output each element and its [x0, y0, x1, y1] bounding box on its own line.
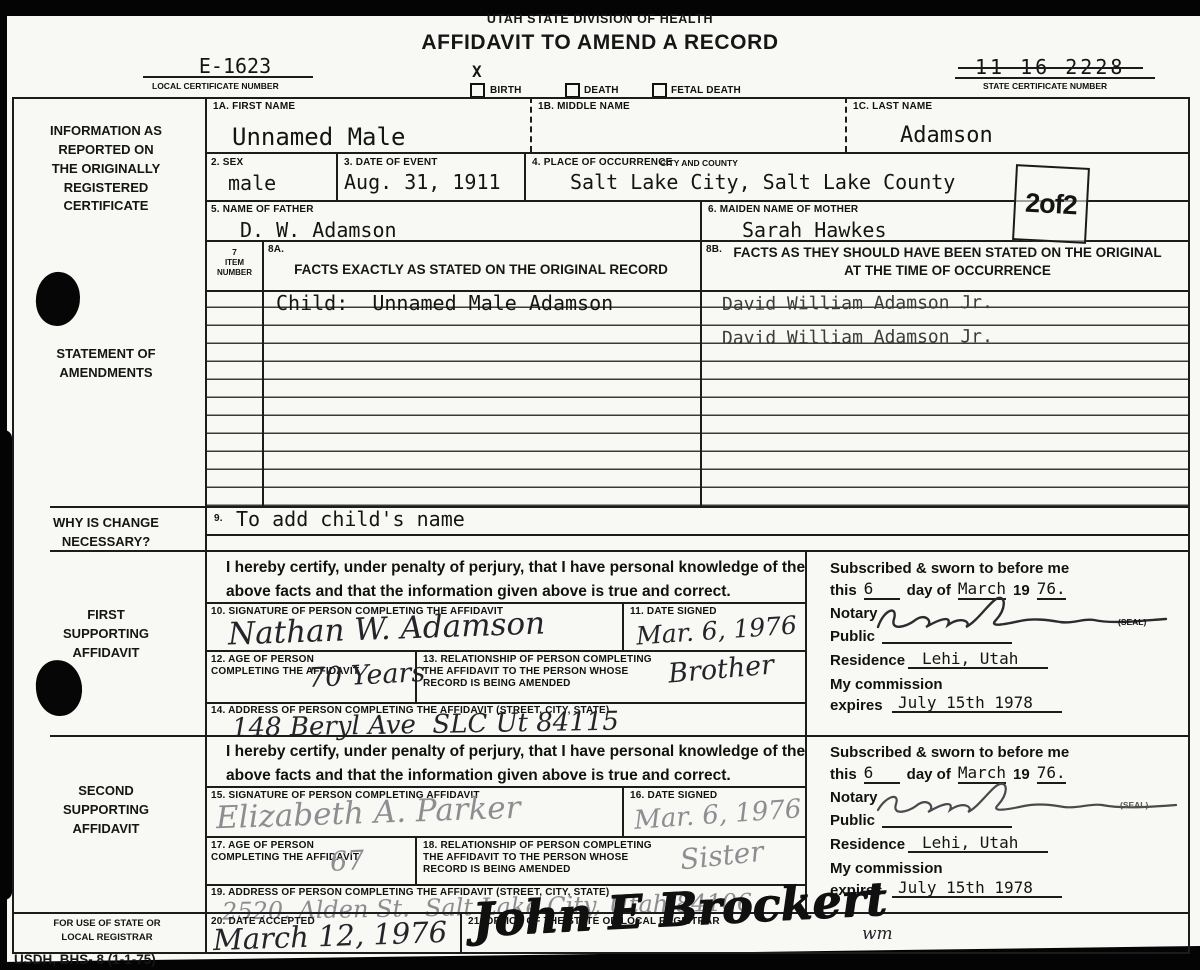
divider-20-21: [460, 912, 462, 952]
certification-text-2: I hereby certify, under penalty of perju…: [226, 740, 806, 788]
last-name-label: 1C. LAST NAME: [853, 101, 932, 113]
hole-punch-bottom: [33, 658, 85, 719]
aff2-certify-border: [205, 786, 805, 788]
divider-3-4: [524, 152, 526, 200]
facts-original-row1: Child: Unnamed Male Adamson: [276, 292, 613, 314]
death-checkbox-label: DEATH: [584, 85, 619, 97]
table-border-top: [12, 97, 1190, 99]
notary1-seal-label: (SEAL): [1118, 617, 1146, 627]
notary1-sworn-line: Subscribed & sworn to before me: [830, 560, 1069, 578]
aff1-notary-divider: [805, 550, 807, 735]
notary2-residence-underline: [908, 851, 1048, 853]
facts-corrected-row2: David William Adamson Jr.: [722, 327, 993, 349]
facts-corrected-header-line2: AT THE TIME OF OCCURRENCE: [715, 263, 1180, 279]
aff1-divider-12-13: [415, 650, 417, 702]
middle-name-label: 1B. MIDDLE NAME: [538, 101, 630, 113]
local-certificate-underline: [143, 76, 313, 78]
section-label-amendments: STATEMENT OF AMENDMENTS: [50, 345, 162, 383]
why-change-bottom-border: [50, 550, 1190, 552]
aff2-divider-15-16: [622, 786, 624, 836]
section-label-original-info: INFORMATION AS REPORTED ON THE ORIGINALL…: [45, 122, 167, 216]
facts-original-tag: 8A.: [268, 244, 284, 256]
local-certificate-number-value: E-1623: [160, 55, 310, 77]
last-name-value: Adamson: [900, 124, 993, 148]
aff1-sig-row-border: [205, 650, 805, 652]
notary1-residence-underline: [908, 667, 1048, 669]
fetal-death-checkbox-label: FETAL DEATH: [671, 85, 741, 97]
table-border-left: [12, 97, 14, 952]
facts-corrected-ruled-column: [702, 290, 1188, 506]
notary2-residence-label: Residence: [830, 836, 905, 854]
mother-name-label: 6. MAIDEN NAME OF MOTHER: [708, 204, 858, 216]
page-stamp: 2of2: [1012, 164, 1090, 244]
death-checkbox: [565, 83, 580, 98]
item-number-label: ITEM NUMBER: [207, 258, 262, 277]
notary2-expires-underline: [892, 896, 1062, 898]
aff1-age-row-border: [205, 702, 805, 704]
scan-edge-left-bulge: [0, 430, 12, 900]
father-name-label: 5. NAME OF FATHER: [211, 204, 314, 216]
first-name-value: Unnamed Male: [232, 124, 405, 150]
form-number: USDH, BHS- 8 (1-1-75): [14, 953, 156, 967]
aff2-sig-row-border: [205, 836, 805, 838]
notary2-residence-value: Lehi, Utah: [922, 834, 1018, 852]
state-certificate-underline: [955, 77, 1155, 79]
registrar-signature-initials: wm: [862, 926, 893, 943]
aff1-relationship-value: Brother: [667, 651, 775, 687]
birth-checkbox: [470, 83, 485, 98]
section-label-registrar-use: FOR USE OF STATE OR LOCAL REGISTRAR: [47, 917, 167, 946]
aff2-age-value: 67: [329, 847, 365, 876]
notary2-notary-label: Notary: [830, 789, 878, 807]
affidavit-document: UTAH STATE DIVISION OF HEALTH AFFIDAVIT …: [0, 0, 1200, 970]
notary2-this-label: this: [830, 766, 857, 784]
notary2-expires-value: July 15th 1978: [898, 879, 1033, 897]
aff2-relationship-label: 18. RELATIONSHIP OF PERSON COMPLETING TH…: [423, 840, 658, 876]
date-accepted-value: March 12, 1976: [213, 918, 448, 955]
aff1-divider-10-11: [622, 602, 624, 650]
notary2-public-underline: [882, 826, 1012, 828]
notary2-sworn-line: Subscribed & sworn to before me: [830, 744, 1069, 762]
notary1-commission-label: My commission: [830, 676, 943, 694]
state-certificate-number-label: STATE CERTIFICATE NUMBER: [983, 81, 1107, 91]
why-change-tag: 9.: [214, 513, 223, 525]
section-label-second-affidavit: SECOND SUPPORTING AFFIDAVIT: [45, 782, 167, 839]
sex-value: male: [228, 172, 276, 194]
facts-original-header: FACTS EXACTLY AS STATED ON THE ORIGINAL …: [262, 262, 700, 278]
aff1-relationship-label: 13. RELATIONSHIP OF PERSON COMPLETING TH…: [423, 654, 658, 690]
notary1-notary-label: Notary: [830, 605, 878, 623]
divider-5-6: [700, 200, 702, 242]
aff1-bottom-border: [50, 735, 1190, 737]
why-change-value: To add child's name: [236, 508, 465, 530]
page-title: AFFIDAVIT TO AMEND A RECORD: [0, 31, 1200, 54]
local-certificate-number-label: LOCAL CERTIFICATE NUMBER: [152, 81, 279, 91]
aff1-certify-border: [205, 602, 805, 604]
divider-1a-1b: [530, 97, 532, 152]
place-label: 4. PLACE OF OCCURRENCE: [532, 157, 673, 169]
table-border-right: [1188, 97, 1190, 952]
notary1-residence-label: Residence: [830, 652, 905, 670]
facts-original-ruled-column: [264, 290, 700, 506]
scan-edge-bottom: [0, 940, 1200, 970]
state-certificate-strikethrough: [958, 67, 1143, 69]
father-name-value: D. W. Adamson: [240, 219, 397, 241]
side-column-divider: [205, 97, 207, 952]
page-stamp-text: 2of2: [1025, 189, 1078, 219]
item-number-ruled-column: [207, 290, 262, 506]
notary2-seal-label: (SEAL): [1120, 800, 1148, 810]
aff2-divider-17-18: [415, 836, 417, 884]
aff2-signature-value: Elizabeth A. Parker: [216, 793, 521, 835]
notary2-public-label: Public: [830, 812, 875, 830]
divider-2-3: [336, 152, 338, 200]
aff1-age-value: 70 Years: [307, 659, 426, 692]
why-change-rule: [205, 534, 1188, 536]
facts-corrected-header-line1: FACTS AS THEY SHOULD HAVE BEEN STATED ON…: [715, 245, 1180, 261]
section-label-first-affidavit: FIRST SUPPORTING AFFIDAVIT: [51, 606, 161, 663]
notary1-public-label: Public: [830, 628, 875, 646]
agency-title: UTAH STATE DIVISION OF HEALTH: [0, 13, 1200, 26]
divider-1b-1c: [845, 97, 847, 152]
first-name-label: 1A. FIRST NAME: [213, 101, 295, 113]
aff1-signature-value: Nathan W. Adamson: [228, 608, 546, 650]
certification-text-1: I hereby certify, under penalty of perju…: [226, 556, 806, 604]
table-border-bottom: [12, 952, 1190, 954]
place-sublabel: CITY AND COUNTY: [660, 158, 738, 168]
birth-checkbox-label: BIRTH: [490, 85, 522, 97]
notary1-expires-label: expires: [830, 697, 883, 715]
notary1-residence-value: Lehi, Utah: [922, 650, 1018, 668]
date-of-event-value: Aug. 31, 1911: [344, 171, 501, 193]
scan-edge-top-line: [0, 0, 1100, 3]
birth-x-mark: X: [472, 63, 482, 81]
date-of-event-label: 3. DATE OF EVENT: [344, 157, 438, 169]
amendments-bottom-border: [50, 506, 1190, 508]
place-value: Salt Lake City, Salt Lake County: [570, 171, 955, 193]
fetal-death-checkbox: [652, 83, 667, 98]
row1-border: [205, 152, 1190, 154]
hole-punch-top: [32, 269, 83, 329]
notary1-expires-underline: [892, 711, 1062, 713]
item-number-digit: 7: [207, 247, 262, 257]
mother-name-value: Sarah Hawkes: [742, 219, 887, 241]
notary1-public-underline: [882, 642, 1012, 644]
notary1-signature: [872, 593, 1172, 637]
sex-label: 2. SEX: [211, 157, 243, 169]
section-label-why: WHY IS CHANGE NECESSARY?: [40, 514, 172, 552]
aff2-relationship-value: Sister: [679, 838, 765, 875]
notary1-this-label: this: [830, 582, 857, 600]
notary1-expires-value: July 15th 1978: [898, 694, 1033, 712]
facts-corrected-row1: David William Adamson Jr.: [722, 293, 993, 315]
